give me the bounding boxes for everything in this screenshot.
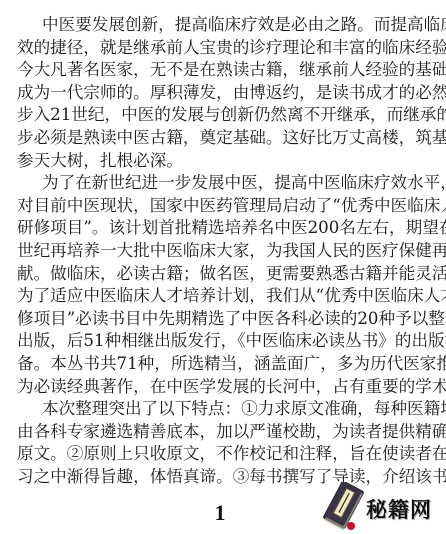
text-line: 备。本丛书共71种，所选精当，涵盖面广，多为历代医家推崇，尊 [17,353,415,376]
text-line: 为必读经典著作，在中医学发展的长河中，占有重要的学术地位。 [17,376,415,399]
text-line: 为了适应中医临床人才培养计划，我们从“优秀中医临床人才研 [17,285,415,308]
text-line: 今大凡著名医家，无不是在熟读古籍，继承前人经验的基础上而 [17,59,415,82]
page-number: 1 [210,500,230,526]
text-line: 为了在新世纪进一步发展中医，提高中医临床疗效水平，针 [17,172,415,195]
book-icon [318,482,368,534]
text-line: 献。做临床，必读古籍；做名医，更需要熟悉古籍并能灵活应用。 [17,263,415,286]
text-line: 中医要发展创新，提高临床疗效是必由之路。而提高临床疗 [17,14,415,37]
text-line: 世纪再培养一大批中医临床大家，为我国人民的医疗保健再做贡 [17,240,415,263]
watermark-text: 秘籍网 [366,494,432,524]
text-line: 出版，后51种相继出版发行，《中医临床必读丛书》的出版渐臻完 [17,330,415,353]
text-line: 修项目”必读书目中先期精选了中医各科必读的20种予以整理 [17,308,415,331]
text-line: 本次整理突出了以下特点：①力求原文准确，每种医籍均 [17,398,415,421]
text-line: 步必须是熟读中医古籍，奠定基础。这好比万丈高楼，筑基必坚； [17,127,415,150]
text-line: 步入21世纪，中医的发展与创新仍然离不开继承，而继承的第一 [17,104,415,127]
text-line: 效的捷径，就是继承前人宝贵的诊疗理论和丰富的临床经验。古 [17,37,415,60]
text-line: 由各科专家遴选精善底本，加以严谨校勘，为读者提供精确的 [17,421,415,444]
watermark-logo: 秘籍网 [318,482,446,534]
page-body: 中医要发展创新，提高临床疗效是必由之路。而提高临床疗 效的捷径，就是继承前人宝贵… [17,14,415,488]
text-line: 原文。②原则上只收原文，不作校记和注释，旨在使读者在研 [17,443,415,466]
text-line: 参天大树，扎根必深。 [17,150,415,173]
text-line: 成为一代宗师的。厚积薄发，由博返约，是读书成才的必然过程。 [17,82,415,105]
text-line: 对目前中医现状，国家中医药管理局启动了“优秀中医临床人才 [17,195,415,218]
text-line: 研修项目”。该计划首批精选培养名中医200名左右，期望在新 [17,217,415,240]
